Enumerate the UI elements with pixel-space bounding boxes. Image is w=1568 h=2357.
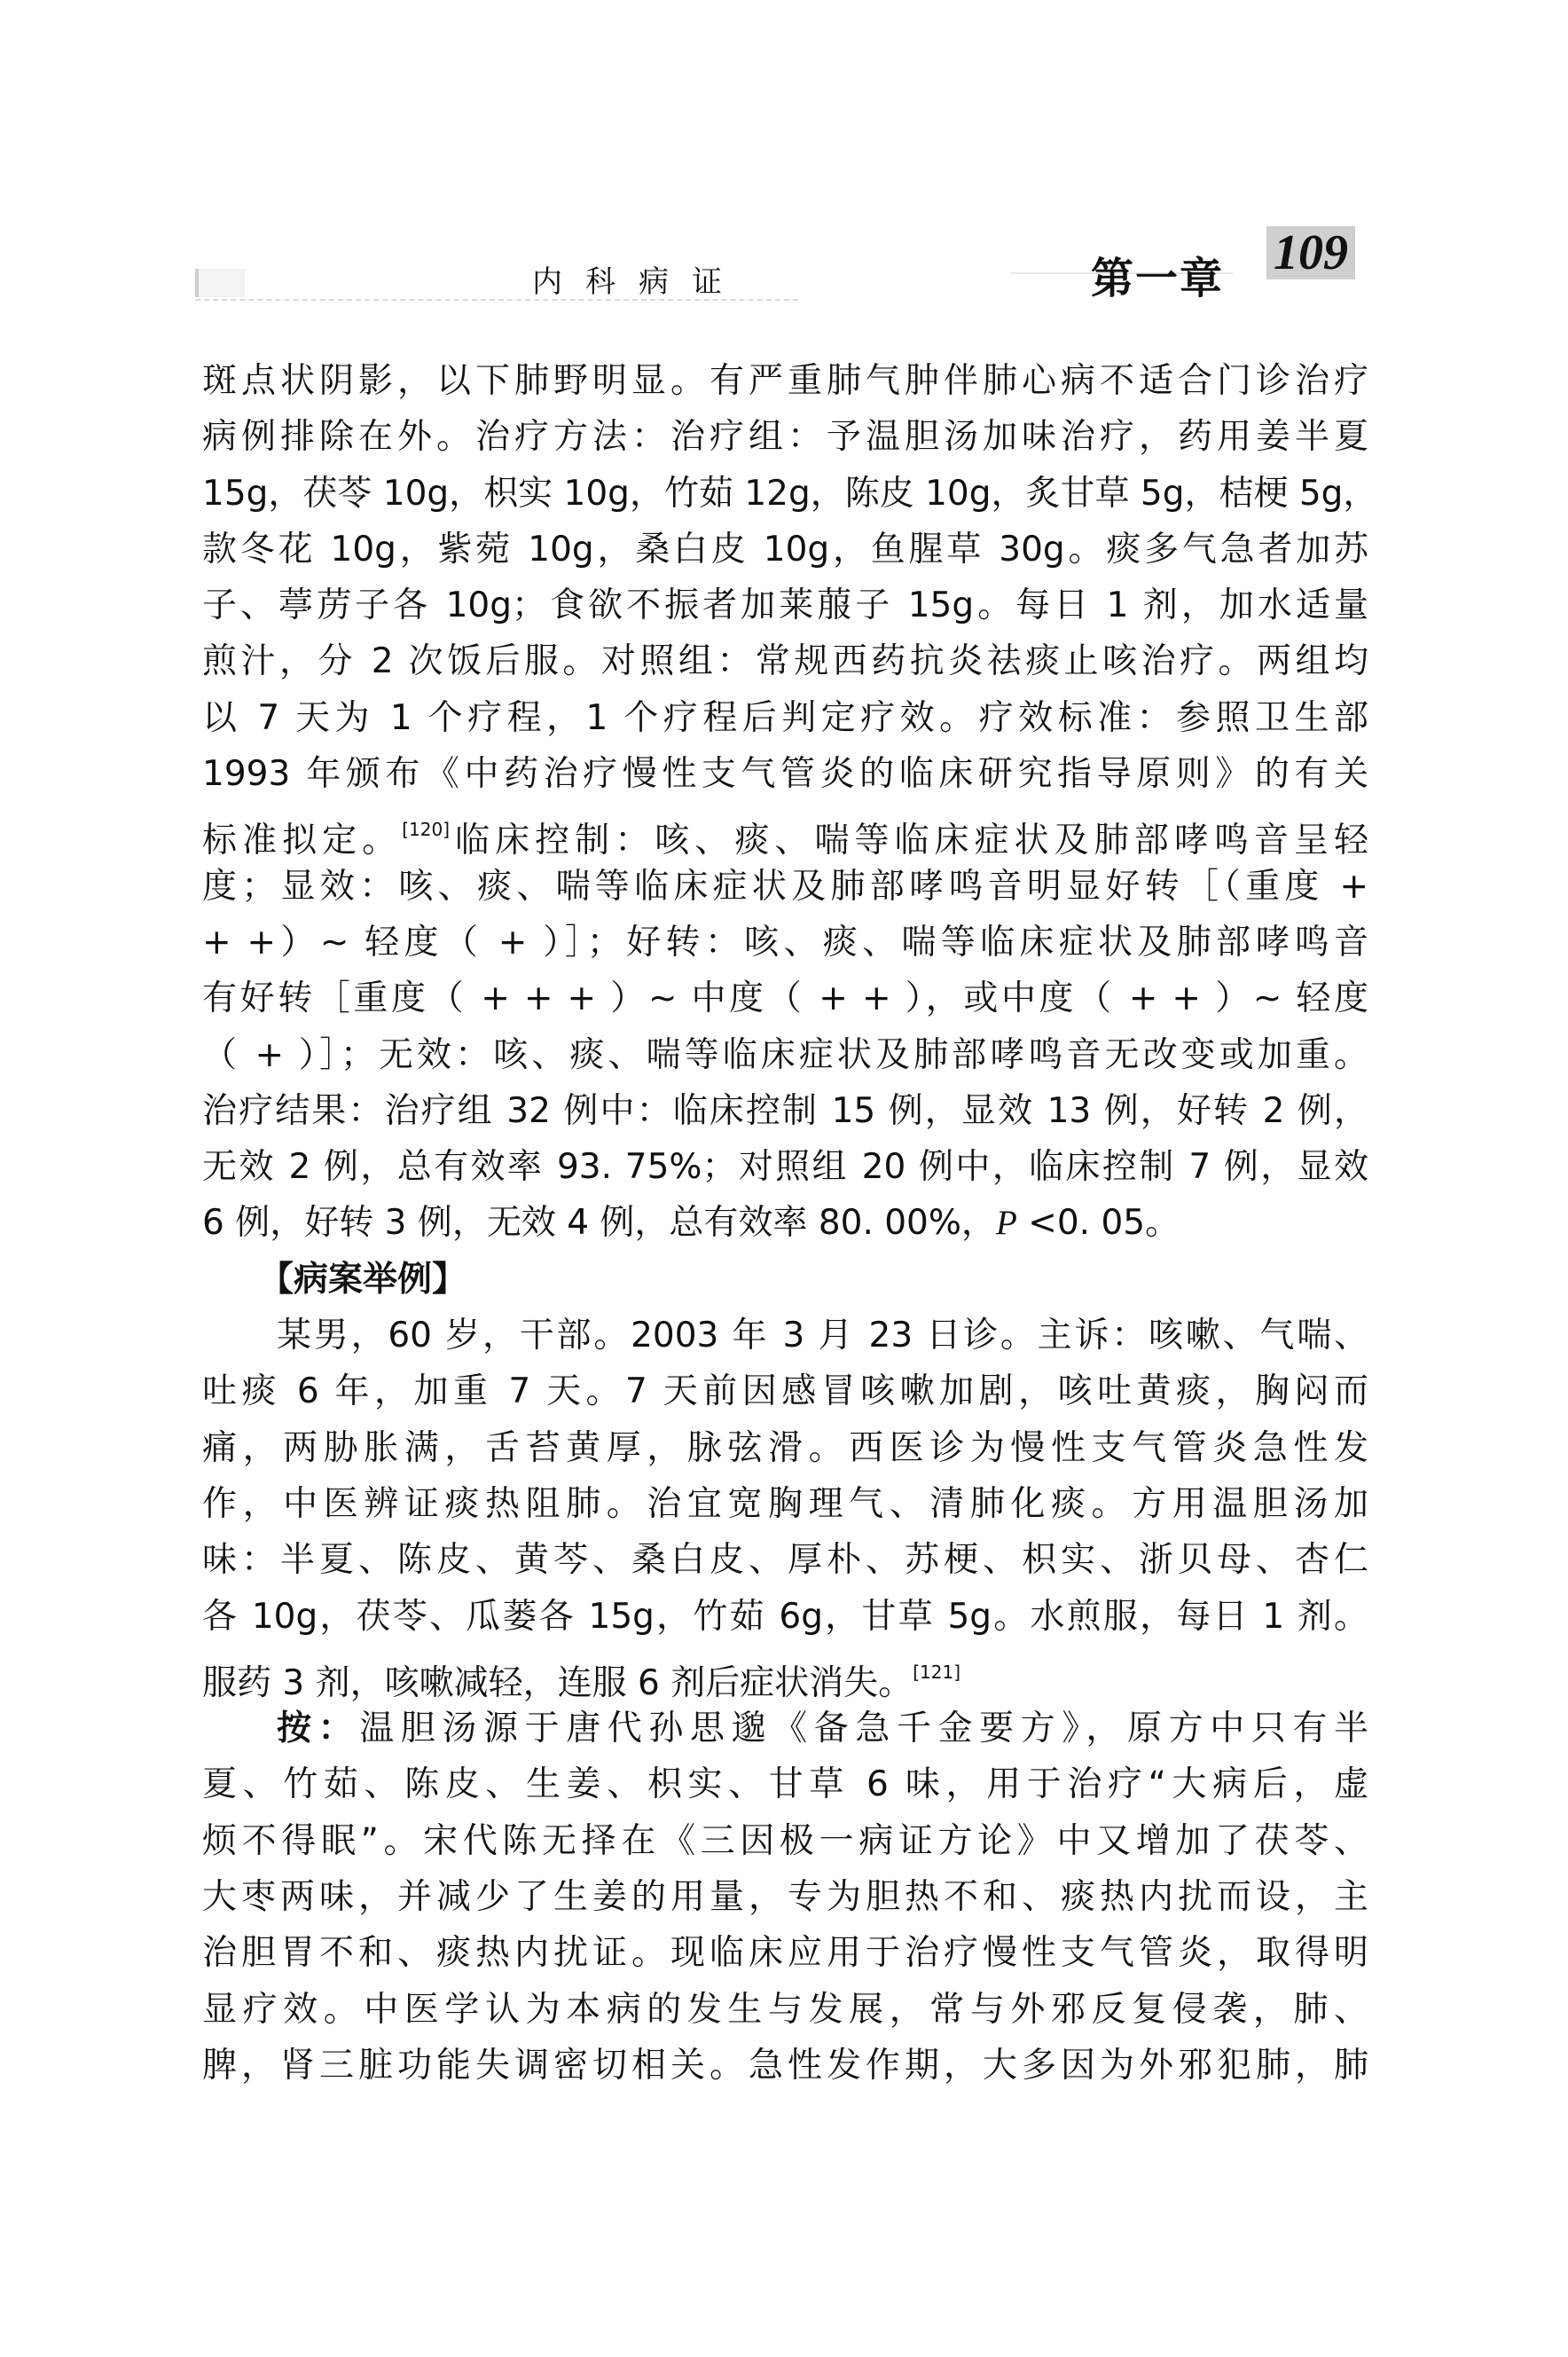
text-line: 以 7 天为 1 个疗程，1 个疗程后判定疗效。疗效标准：参照卫生部	[202, 690, 1368, 746]
citation-ref: [120]	[402, 819, 450, 840]
text-line: 款冬花 10g，紫菀 10g，桑白皮 10g，鱼腥草 30g。痰多气急者加苏	[202, 522, 1368, 577]
text-line: 作，中医辨证痰热阻肺。治宜宽胸理气、清肺化痰。方用温胆汤加	[202, 1476, 1368, 1532]
text-segment: 临床控制：咳、痰、喘等临床症状及肺部哮鸣音呈轻	[450, 821, 1368, 860]
text-line: 烦不得眠”。宋代陈无择在《三因极一病证方论》中又增加了茯苓、	[202, 1813, 1368, 1869]
note-label: 按：	[277, 1709, 359, 1748]
text-line: 治胆胃不和、痰热内扰证。现临床应用于治疗慢性支气管炎，取得明	[202, 1925, 1368, 1981]
section-heading-case: 【病案举例】	[202, 1252, 1368, 1308]
body-text: 斑点状阴影，以下肺野明显。有严重肺气肿伴肺心病不适合门诊治疗 病例排除在外。治疗…	[202, 353, 1368, 2094]
page-header: 内科病证 第一章 109	[195, 226, 1384, 306]
text-line: 标准拟定。[120]临床控制：咳、痰、喘等临床症状及肺部哮鸣音呈轻	[202, 802, 1368, 858]
text-line: 痛，两胁胀满，舌苔黄厚，脉弦滑。西医诊为慢性支气管炎急性发	[202, 1420, 1368, 1476]
text-line: 某男，60 岁，干部。2003 年 3 月 23 日诊。主诉：咳嗽、气喘、	[202, 1308, 1368, 1363]
text-line: + +）~ 轻度（ + ）］；好转：咳、痰、喘等临床症状及肺部哮鸣音	[202, 915, 1368, 970]
text-segment: 服药 3 剂，咳嗽减轻，连服 6 剂后症状消失。	[202, 1663, 913, 1703]
text-line: 味：半夏、陈皮、黄芩、桑白皮、厚朴、苏梗、枳实、浙贝母、杏仁	[202, 1532, 1368, 1588]
book-page: 内科病证 第一章 109 斑点状阴影，以下肺野明显。有严重肺气肿伴肺心病不适合门…	[0, 0, 1568, 2357]
text-segment: 温胆汤源于唐代孙思邈《备急千金要方》，原方中只有半	[359, 1709, 1368, 1748]
text-line: 有好转［重度（ + + + ）~ 中度（ + + ），或中度（ + + ）~ 轻…	[202, 970, 1368, 1026]
text-line: 服药 3 剂，咳嗽减轻，连服 6 剂后症状消失。[121]	[202, 1645, 1368, 1701]
text-line: 病例排除在外。治疗方法：治疗组：予温胆汤加味治疗，药用姜半夏	[202, 409, 1368, 465]
text-line: 大枣两味，并减少了生姜的用量，专为胆热不和、痰热内扰而设，主	[202, 1869, 1368, 1925]
text-line: 夏、竹茹、陈皮、生姜、枳实、甘草 6 味，用于治疗“大病后，虚	[202, 1756, 1368, 1812]
text-line: （ + ）］；无效：咳、痰、喘等临床症状及肺部哮鸣音无改变或加重。	[202, 1027, 1368, 1083]
text-line: 吐痰 6 年，加重 7 天。7 天前因感冒咳嗽加剧，咳吐黄痰，胸闷而	[202, 1363, 1368, 1419]
text-segment: 6 例，好转 3 例，无效 4 例，总有效率 80. 00%，	[202, 1203, 996, 1243]
text-line: 6 例，好转 3 例，无效 4 例，总有效率 80. 00%，P <0. 05。	[202, 1195, 1368, 1251]
text-line: 15g，茯苓 10g，枳实 10g，竹茹 12g，陈皮 10g，炙甘草 5g，桔…	[202, 466, 1368, 522]
text-line: 治疗结果：治疗组 32 例中：临床控制 15 例，显效 13 例，好转 2 例，	[202, 1083, 1368, 1139]
citation-ref: [121]	[913, 1662, 960, 1683]
p-value-symbol: P	[996, 1204, 1017, 1242]
text-line: 按：温胆汤源于唐代孙思邈《备急千金要方》，原方中只有半	[202, 1701, 1368, 1756]
text-line: 1993 年颁布《中药治疗慢性支气管炎的临床研究指导原则》的有关	[202, 746, 1368, 802]
text-line: 显疗效。中医学认为本病的发生与发展，常与外邪反复侵袭，肺、	[202, 1982, 1368, 2038]
running-title: 内科病证	[532, 257, 745, 301]
text-line: 斑点状阴影，以下肺野明显。有严重肺气肿伴肺心病不适合门诊治疗	[202, 353, 1368, 409]
text-line: 度；显效：咳、痰、喘等临床症状及肺部哮鸣音明显好转［（重度 +	[202, 859, 1368, 915]
text-line: 煎汁，分 2 次饭后服。对照组：常规西药抗炎祛痰止咳治疗。两组均	[202, 633, 1368, 689]
chapter-label: 第一章	[1091, 244, 1224, 305]
text-segment: <0. 05。	[1017, 1203, 1180, 1243]
text-line: 脾，肾三脏功能失调密切相关。急性发作期，大多因为外邪犯肺，肺	[202, 2038, 1368, 2094]
text-line: 无效 2 例，总有效率 93. 75%；对照组 20 例中，临床控制 7 例，显…	[202, 1139, 1368, 1195]
header-ornament	[195, 269, 245, 297]
text-line: 各 10g，茯苓、瓜蒌各 15g，竹茹 6g，甘草 5g。水煎服，每日 1 剂。	[202, 1589, 1368, 1645]
text-line: 子、葶苈子各 10g；食欲不振者加莱菔子 15g。每日 1 剂，加水适量	[202, 577, 1368, 633]
page-number: 109	[1266, 226, 1355, 279]
text-segment: 标准拟定。	[202, 821, 402, 860]
